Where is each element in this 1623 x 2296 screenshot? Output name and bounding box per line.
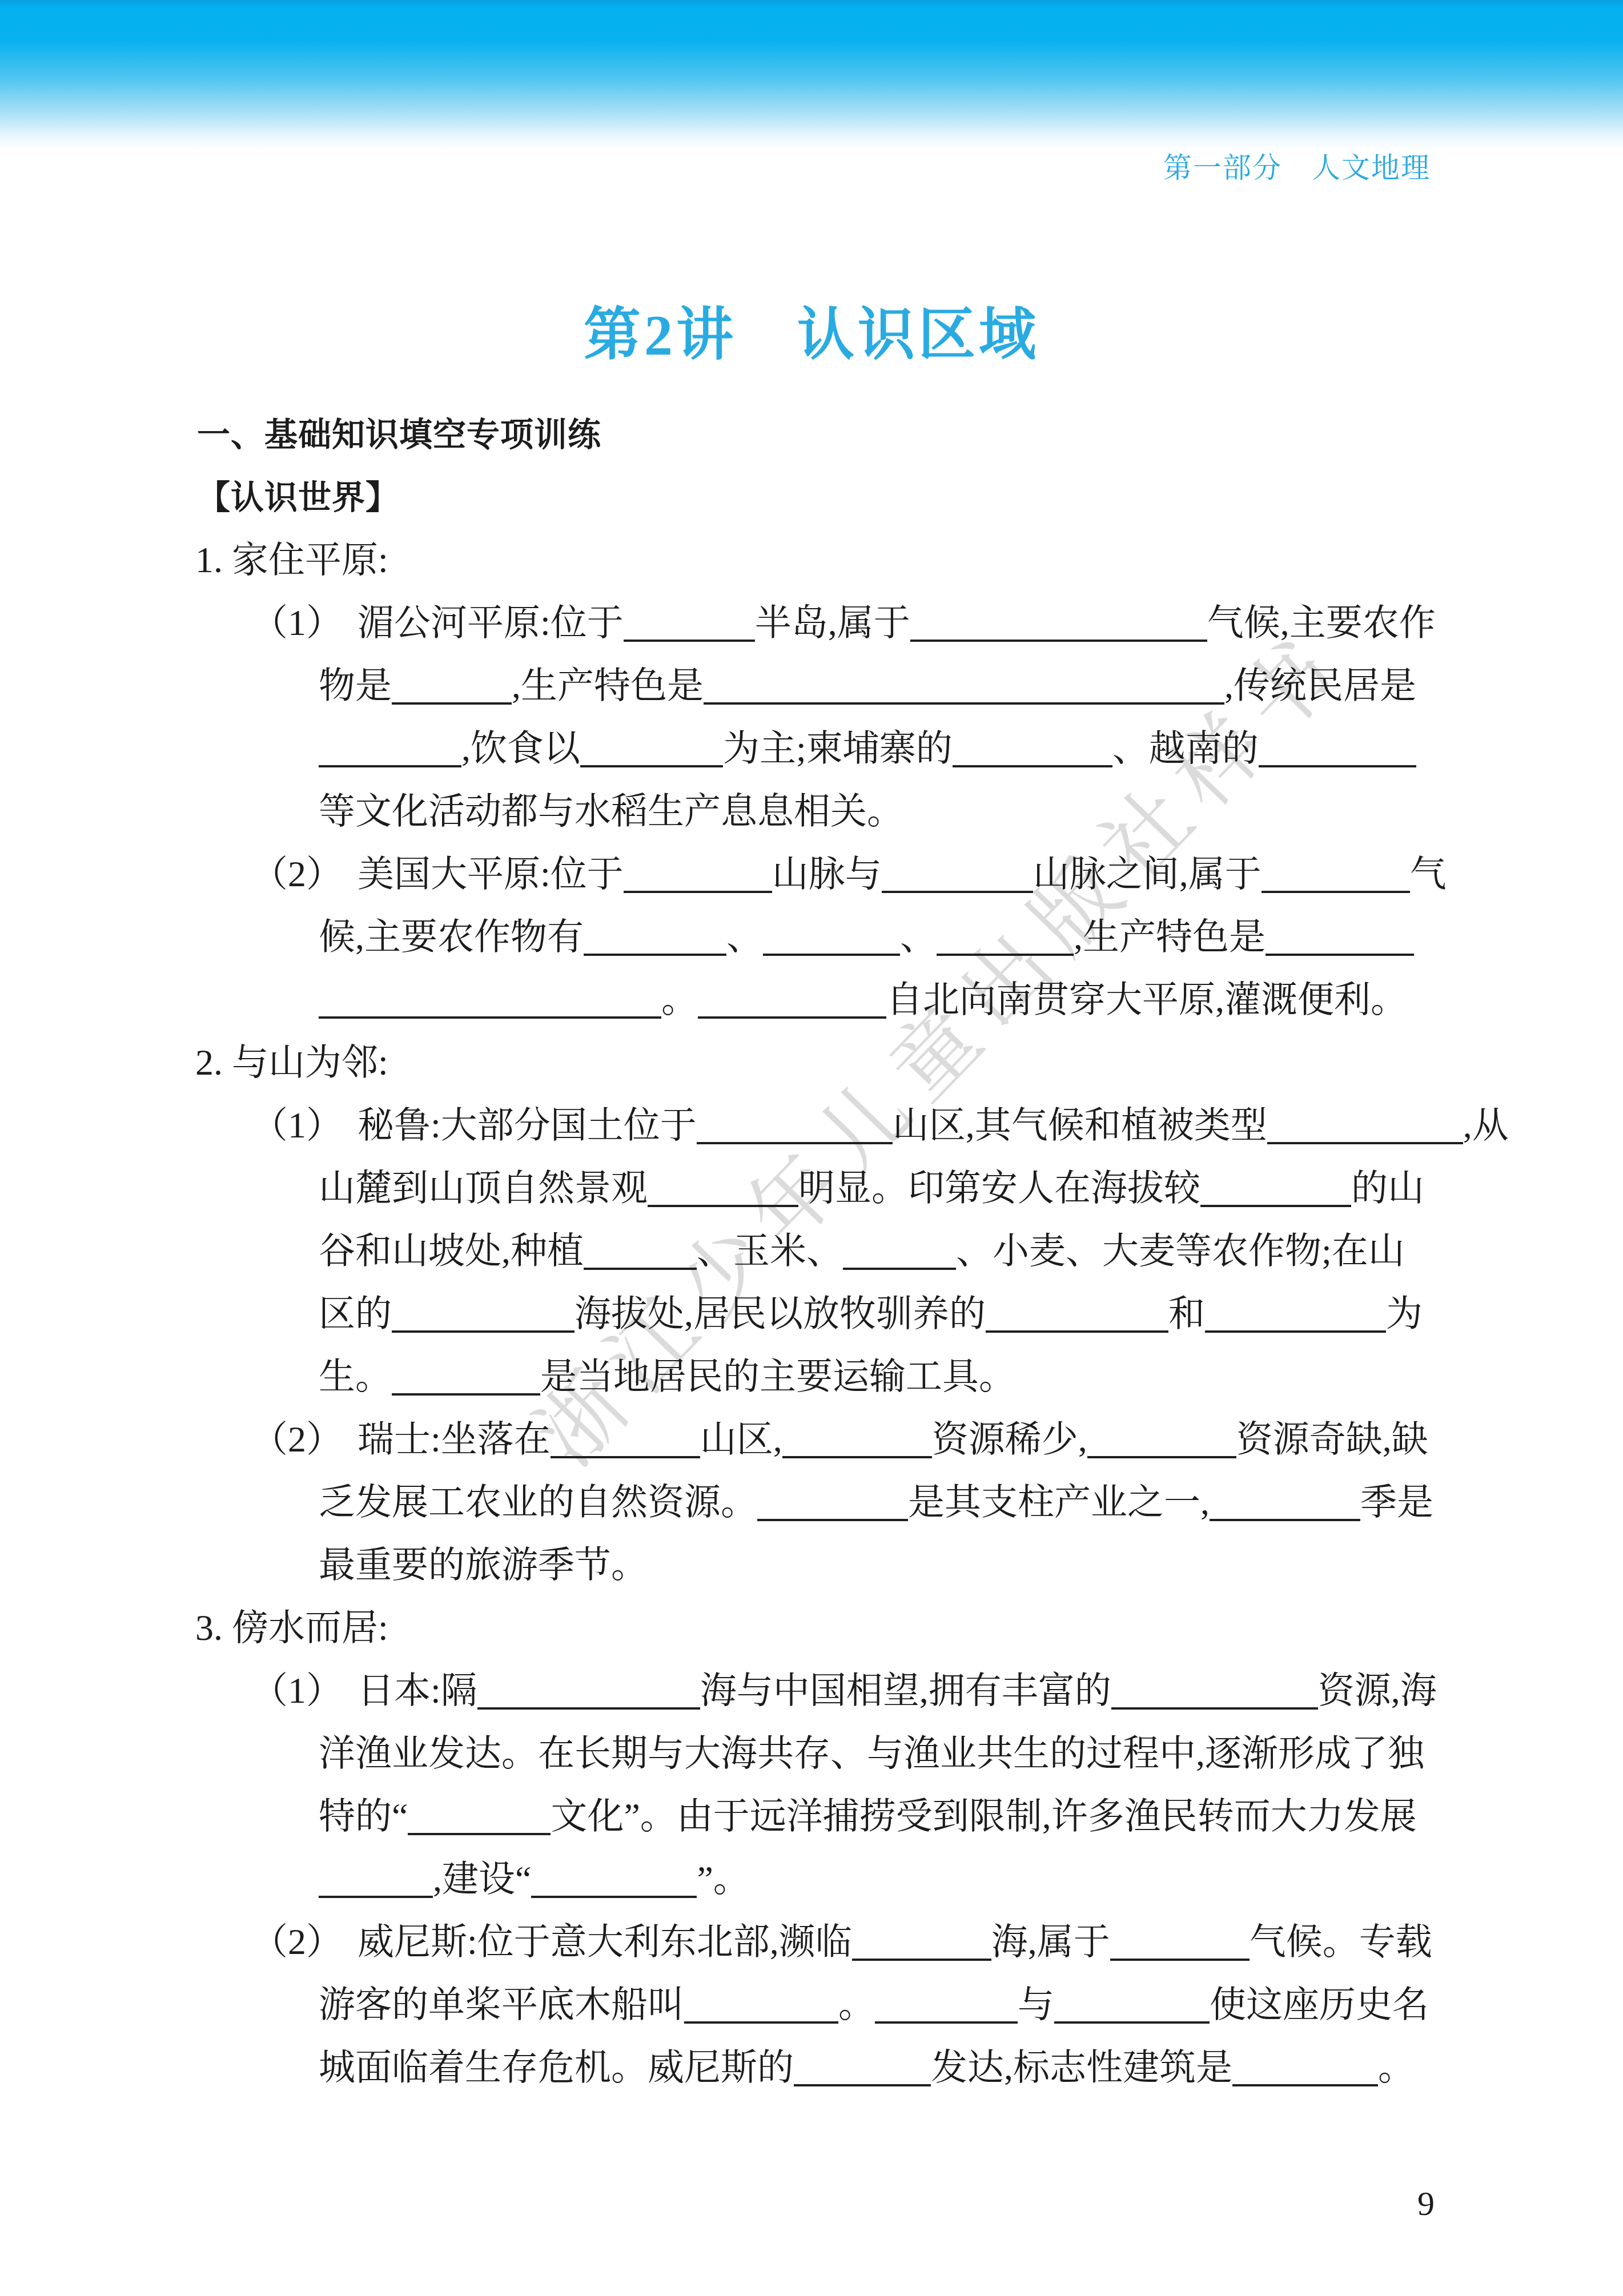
question-text: 山区,: [700, 1419, 782, 1459]
question-text: 与: [1018, 1984, 1054, 2025]
fill-blank: [986, 1326, 1168, 1333]
question-line: （1）日本:隔海与中国相望,拥有丰富的资源,海: [0, 1659, 1623, 1722]
question-text: 海拔处,居民以放牧驯养的: [575, 1293, 986, 1334]
question-line: 最重要的旅游季节。: [0, 1534, 1623, 1597]
question-number-line: 1. 家住平原:: [0, 529, 1623, 592]
question-text: 美国大平原:位于: [357, 854, 624, 894]
question-text: 季是: [1360, 1482, 1433, 1522]
fill-blank: [875, 2017, 1018, 2024]
question-text: 生。: [319, 1356, 392, 1397]
fill-blank: [624, 635, 755, 642]
question-text: 使这座历史名: [1210, 1984, 1429, 2025]
question-text: ,生产特色是: [1074, 916, 1266, 957]
question-text: ,饮食以: [461, 728, 580, 769]
item-label: （2）: [251, 843, 343, 906]
question-line: （1）湄公河平原:位于半岛,属于气候,主要农作: [0, 592, 1623, 654]
content-column: 一、基础知识填空专项训练【认识世界】1. 家住平原:（1）湄公河平原:位于半岛,…: [0, 403, 1623, 2099]
question-text: 。: [838, 1984, 875, 2025]
fill-blank: [1111, 1703, 1318, 1710]
question-text: 气: [1410, 854, 1447, 894]
question-text: ,从: [1463, 1105, 1509, 1145]
question-text: 游客的单桨平底木船叫: [319, 1984, 684, 2025]
question-number-line: 2. 与山为邻:: [0, 1031, 1623, 1094]
question-text: ,建设“: [433, 1859, 531, 1899]
question-text: 洋渔业发达。在长期与大海共存、与渔业共生的过程中,逐渐形成了独: [319, 1733, 1424, 1774]
top-gradient-band: [0, 0, 1623, 150]
fill-blank: [910, 635, 1207, 642]
question-text: 、: [900, 916, 937, 957]
question-text: 明显。印第安人在海拔较: [798, 1168, 1200, 1208]
page-number: 9: [1417, 2185, 1435, 2222]
question-text: 和: [1168, 1293, 1205, 1334]
fill-blank: [624, 886, 772, 893]
question-line: （2）瑞士:坐落在山区,资源稀少,资源奇缺,缺: [0, 1408, 1623, 1471]
question-line: （2）威尼斯:位于意大利东北部,濒临海,属于气候。专载: [0, 1911, 1623, 1973]
question-text: 山区,其气候和植被类型: [893, 1105, 1267, 1145]
fill-blank: [684, 2017, 838, 2024]
fill-blank: [392, 1389, 540, 1396]
topic-heading: 【认识世界】: [0, 466, 1623, 529]
question-text: 资源稀少,: [932, 1419, 1087, 1459]
question-text: 日本:隔: [357, 1670, 477, 1711]
page-title: 第2讲 认识区域: [0, 304, 1623, 367]
fill-blank: [648, 1200, 798, 1207]
fill-blank: [319, 1891, 433, 1898]
question-line: 特的“文化”。由于远洋捕捞受到限制,许多渔民转而大力发展: [0, 1785, 1623, 1848]
fill-blank: [794, 2080, 931, 2086]
fill-blank: [1200, 1200, 1351, 1207]
fill-blank: [697, 1137, 893, 1144]
question-line: 洋渔业发达。在长期与大海共存、与渔业共生的过程中,逐渐形成了独: [0, 1722, 1623, 1785]
question-text: 谷和山坡处,种植: [319, 1231, 584, 1271]
fill-blank: [408, 1828, 551, 1835]
question-line: 物是,生产特色是,传统民居是: [0, 654, 1623, 717]
fill-blank: [763, 949, 900, 956]
item-label: （1）: [251, 592, 343, 654]
question-text: ,传统民居是: [1224, 665, 1416, 706]
item-label: （1）: [251, 1659, 343, 1722]
fill-blank: [953, 761, 1112, 767]
question-text: 山脉之间,属于: [1033, 854, 1262, 894]
question-line: 。自北向南贯穿大平原,灌溉便利。: [0, 968, 1623, 1031]
question-text: 气候,主要农作: [1207, 602, 1436, 643]
fill-blank: [1087, 1451, 1236, 1458]
question-line: 候,主要农作物有、、,生产特色是: [0, 906, 1623, 968]
question-text: ”。: [697, 1859, 749, 1899]
question-text: ,生产特色是: [512, 665, 704, 706]
question-text: 文化”。由于远洋捕捞受到限制,许多渔民转而大力发展: [551, 1796, 1416, 1836]
fill-blank: [757, 1514, 908, 1521]
fill-blank: [1110, 1954, 1250, 1961]
fill-blank: [1262, 886, 1410, 893]
question-text: 的山: [1351, 1168, 1424, 1208]
question-text: 、小麦、大麦等农作物;在山: [956, 1231, 1405, 1271]
question-text: 、玉米、: [697, 1231, 843, 1271]
question-text: 城面临着生存危机。威尼斯的: [319, 2047, 794, 2088]
question-text: 特的“: [319, 1796, 408, 1836]
question-text: 。: [661, 979, 698, 1020]
question-text: 区的: [319, 1293, 392, 1334]
question-text: 物是: [319, 665, 392, 706]
question-text: 威尼斯:位于意大利东北部,濒临: [357, 1921, 852, 1962]
fill-blank: [698, 1012, 886, 1019]
question-text: 资源,海: [1318, 1670, 1437, 1711]
question-text: 、越南的: [1112, 728, 1259, 769]
question-line: 游客的单桨平底木船叫。与使这座历史名: [0, 1973, 1623, 2036]
question-text: 半岛,属于: [755, 602, 910, 643]
question-text: 、: [726, 916, 763, 957]
fill-blank: [843, 1263, 956, 1270]
question-text: 最重要的旅游季节。: [319, 1545, 648, 1585]
fill-blank: [551, 1451, 700, 1458]
question-text: 湄公河平原:位于: [357, 602, 624, 643]
question-text: 是当地居民的主要运输工具。: [540, 1356, 1015, 1397]
fill-blank: [319, 1012, 661, 1019]
question-text: 是其支柱产业之一,: [908, 1482, 1210, 1522]
fill-blank: [782, 1451, 932, 1458]
question-text: 山麓到山顶自然景观: [319, 1168, 648, 1208]
question-line: 谷和山坡处,种植、玉米、、小麦、大麦等农作物;在山: [0, 1220, 1623, 1282]
item-label: （2）: [251, 1408, 343, 1471]
workbook-page: 第一部分 人文地理 第2讲 认识区域 浙江少年儿童出版社样书 一、基础知识填空专…: [0, 0, 1623, 2296]
question-line: 生。是当地居民的主要运输工具。: [0, 1345, 1623, 1408]
fill-blank: [1210, 1514, 1360, 1521]
question-text: 资源奇缺,缺: [1236, 1419, 1428, 1459]
question-line: 等文化活动都与水稻生产息息相关。: [0, 780, 1623, 843]
item-label: （1）: [251, 1094, 343, 1157]
fill-blank: [580, 761, 723, 767]
fill-blank: [319, 761, 461, 767]
fill-blank: [1267, 1137, 1463, 1144]
question-text: 为: [1386, 1293, 1423, 1334]
question-text: 山脉与: [772, 854, 882, 894]
fill-blank: [531, 1891, 697, 1898]
fill-blank: [1054, 2017, 1210, 2024]
question-text: 等文化活动都与水稻生产息息相关。: [319, 791, 903, 831]
fill-blank: [1266, 949, 1414, 956]
question-number-line: 3. 傍水而居:: [0, 1597, 1623, 1659]
fill-blank: [852, 1954, 991, 1961]
question-text: 海,属于: [991, 1921, 1110, 1962]
question-line: 乏发展工农业的自然资源。是其支柱产业之一,季是: [0, 1471, 1623, 1534]
question-line: （2）美国大平原:位于山脉与山脉之间,属于气: [0, 843, 1623, 906]
question-text: 发达,标志性建筑是: [931, 2047, 1232, 2088]
question-text: 秘鲁:大部分国土位于: [357, 1105, 697, 1145]
fill-blank: [1205, 1326, 1386, 1333]
question-line: 山麓到山顶自然景观明显。印第安人在海拔较的山: [0, 1157, 1623, 1220]
question-line: ,建设“”。: [0, 1848, 1623, 1911]
fill-blank: [392, 1326, 575, 1333]
question-text: 候,主要农作物有: [319, 916, 584, 957]
fill-blank: [584, 949, 726, 956]
question-line: 区的海拔处,居民以放牧驯养的和为: [0, 1282, 1623, 1345]
item-label: （2）: [251, 1911, 343, 1973]
fill-blank: [392, 698, 512, 705]
question-text: 海与中国相望,拥有丰富的: [700, 1670, 1111, 1711]
question-text: 为主;柬埔寨的: [723, 728, 953, 769]
question-line: ,饮食以为主;柬埔寨的、越南的: [0, 717, 1623, 780]
question-text: 自北向南贯穿大平原,灌溉便利。: [886, 979, 1407, 1020]
question-text: 。: [1378, 2047, 1415, 2088]
fill-blank: [1259, 761, 1416, 767]
fill-blank: [1232, 2080, 1378, 2086]
fill-blank: [477, 1703, 700, 1710]
question-text: 气候。专载: [1250, 1921, 1432, 1962]
question-line: （1）秘鲁:大部分国土位于山区,其气候和植被类型,从: [0, 1094, 1623, 1157]
fill-blank: [937, 949, 1074, 956]
fill-blank: [584, 1263, 697, 1270]
question-line: 城面临着生存危机。威尼斯的发达,标志性建筑是。: [0, 2036, 1623, 2099]
fill-blank: [882, 886, 1033, 893]
running-header: 第一部分 人文地理: [1163, 152, 1431, 184]
fill-blank: [704, 698, 1224, 705]
question-text: 乏发展工农业的自然资源。: [319, 1482, 757, 1522]
section-heading: 一、基础知识填空专项训练: [0, 403, 1623, 466]
question-text: 瑞士:坐落在: [357, 1419, 551, 1459]
